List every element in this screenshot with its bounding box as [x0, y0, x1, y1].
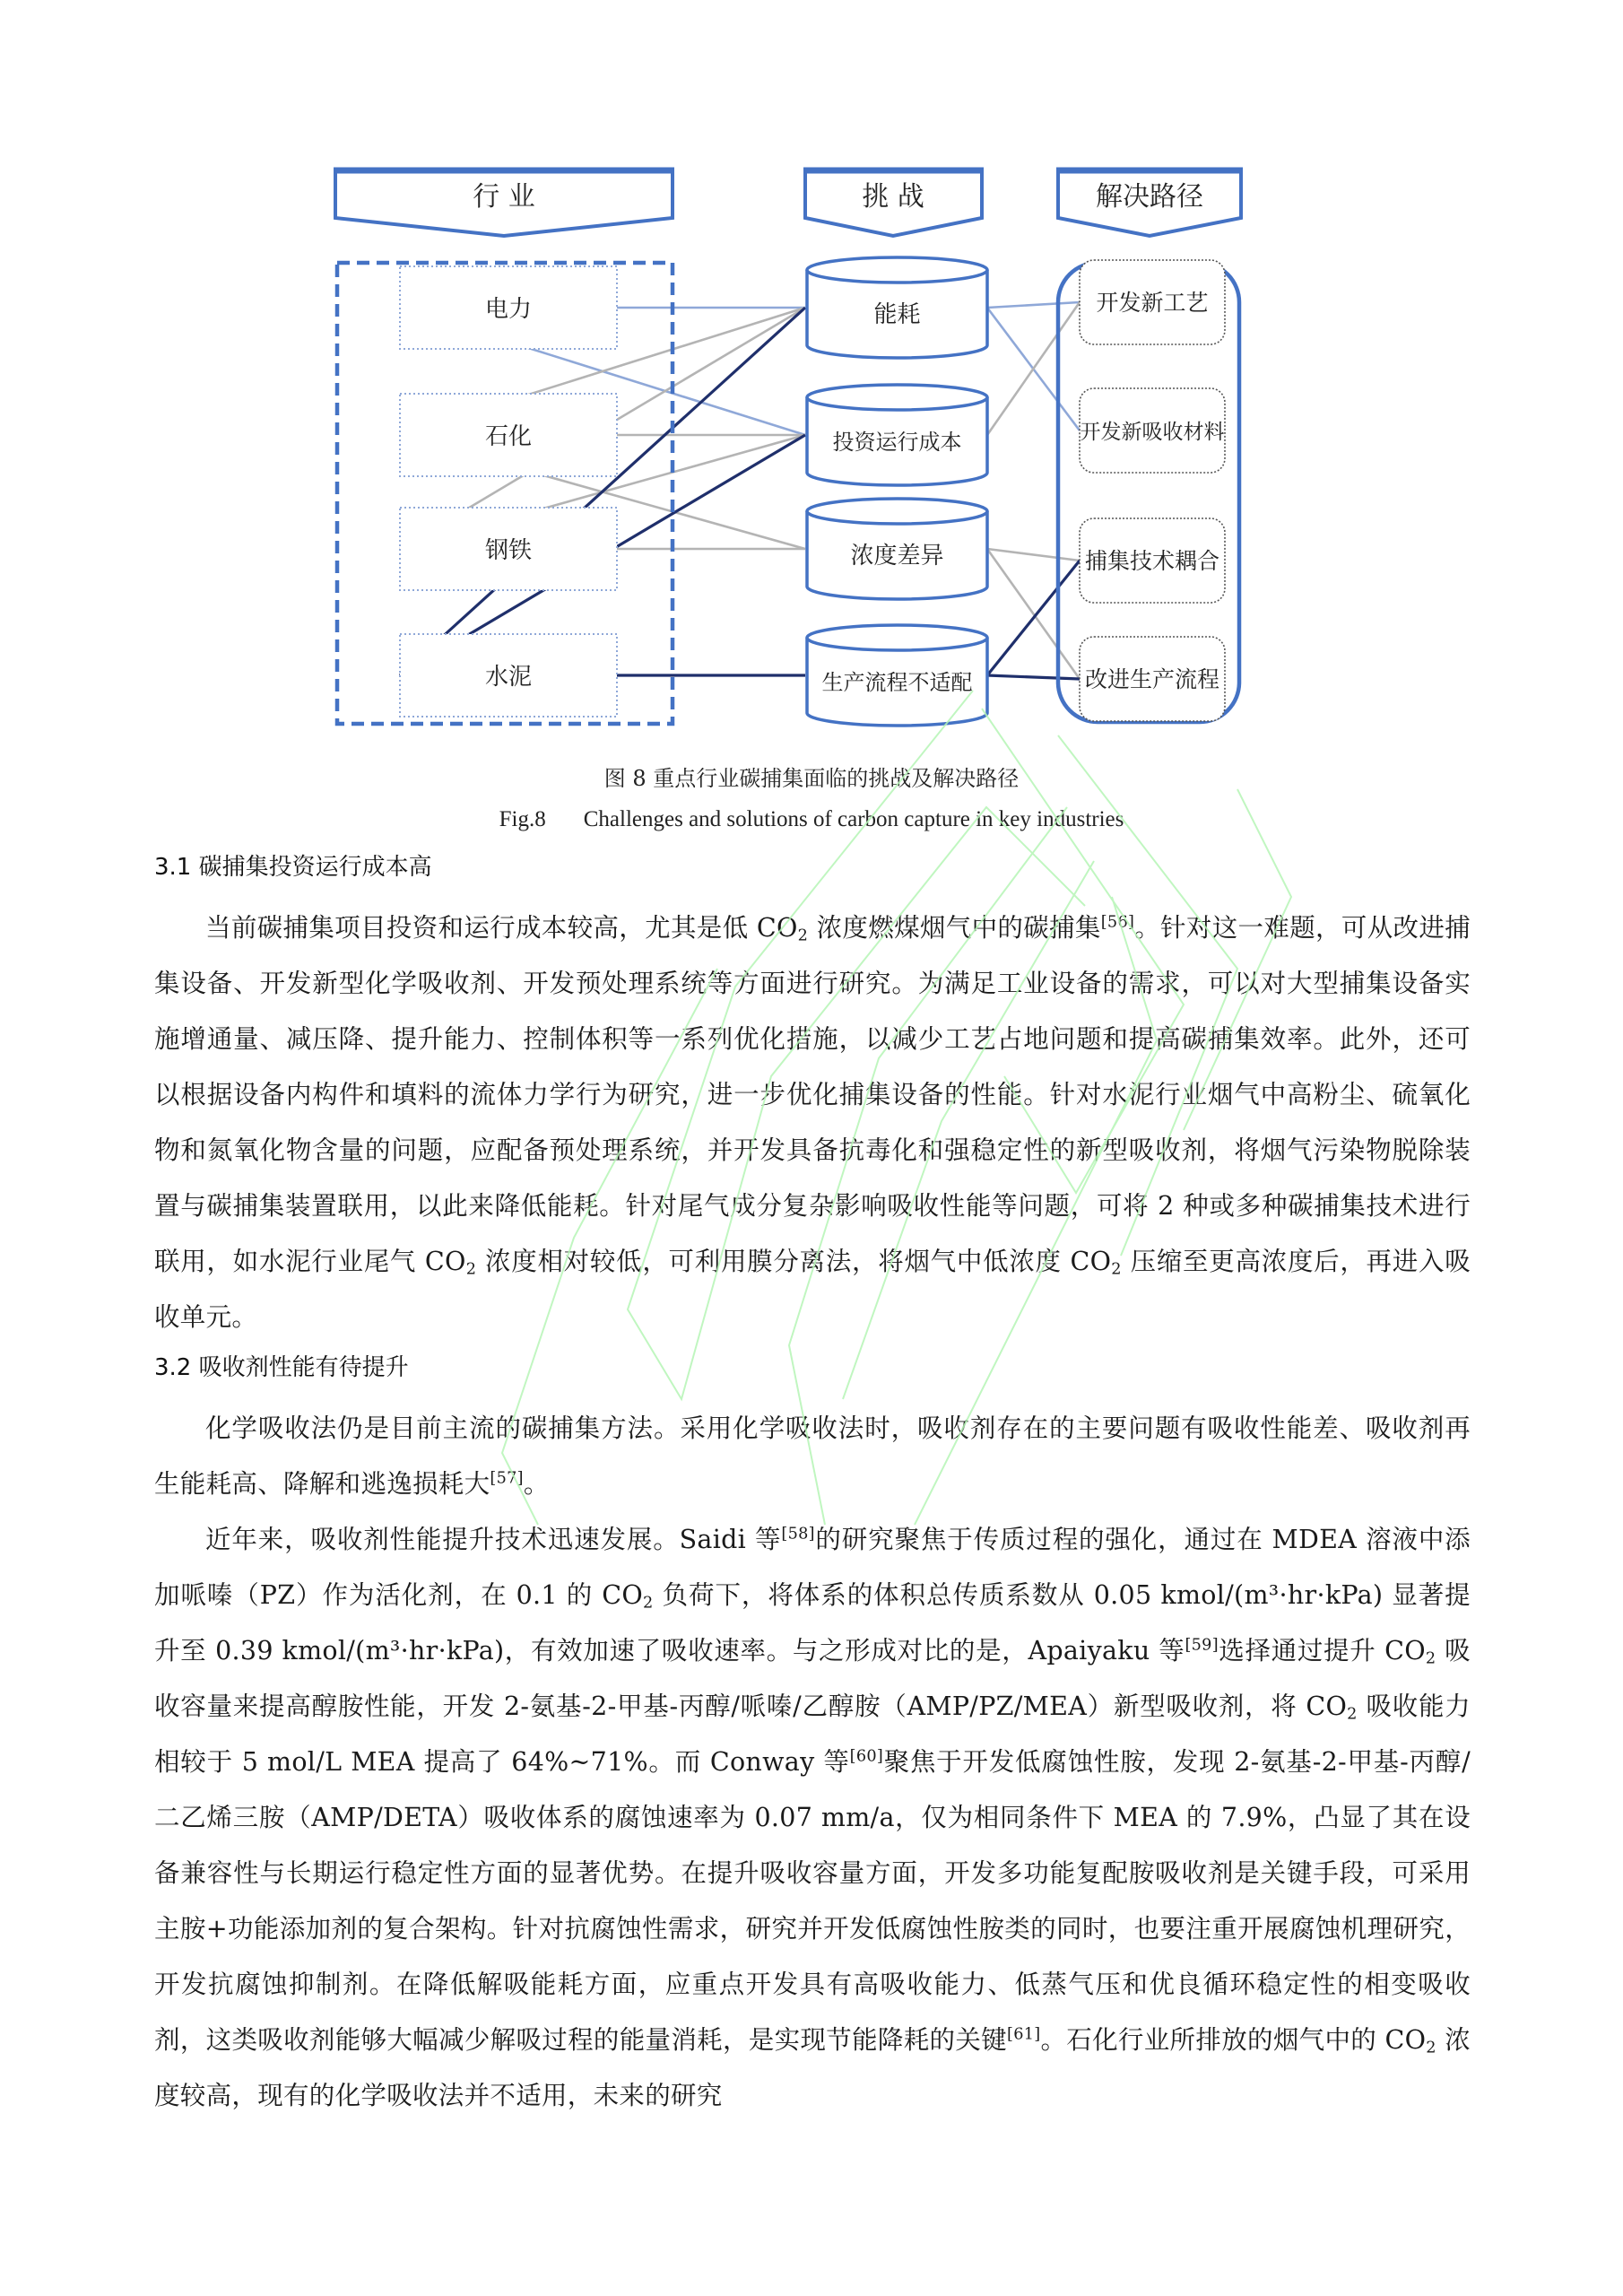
header-solution-label: 解决路径: [1096, 181, 1203, 213]
challenge-node: 生产流程不适配: [807, 625, 987, 726]
header-challenge-label: 挑 战: [862, 181, 924, 213]
solution-node: 开发新吸收材料: [1080, 388, 1225, 473]
solution-label: 改进生产流程: [1085, 666, 1219, 692]
body-content: 3.1 碳捕集投资运行成本高 当前碳捕集项目投资和运行成本较高，尤其是低 CO2…: [154, 845, 1471, 2124]
figure-label: Fig.8: [499, 807, 546, 831]
solution-label: 开发新工艺: [1096, 290, 1208, 316]
figure-caption-en: Fig.8Challenges and solutions of carbon …: [0, 807, 1623, 832]
industry-node: 钢铁: [400, 508, 617, 590]
industry-label: 电力: [485, 296, 532, 323]
section-3-1: 3.1 碳捕集投资运行成本高 当前碳捕集项目投资和运行成本较高，尤其是低 CO2…: [154, 845, 1471, 1345]
header-challenge: 挑 战: [803, 170, 984, 236]
challenge-node: 能耗: [807, 257, 987, 358]
header-solution: 解决路径: [1056, 170, 1243, 236]
diagram-canvas: 行 业 挑 战 解决路径 电力石化钢铁水泥能耗投资运行成本浓度差异生产流程不适配…: [332, 166, 1327, 740]
paragraph: 近年来，吸收剂性能提升技术迅速发展。Saidi 等[58]的研究聚焦于传质过程的…: [154, 1512, 1471, 2124]
link-line: [987, 675, 1080, 679]
challenge-node: 投资运行成本: [807, 385, 987, 485]
paragraph: 化学吸收法仍是目前主流的碳捕集方法。采用化学吸收法时，吸收剂存在的主要问题有吸收…: [154, 1401, 1471, 1512]
challenge-label: 投资运行成本: [833, 430, 962, 455]
industry-node: 石化: [400, 394, 617, 476]
industry-label: 钢铁: [485, 537, 532, 564]
solution-label: 捕集技术耦合: [1085, 548, 1219, 574]
header-industry-label: 行 业: [473, 181, 535, 213]
header-industry: 行 业: [334, 170, 674, 236]
link-line: [987, 302, 1080, 435]
section-title: 3.1 碳捕集投资运行成本高: [154, 845, 1471, 900]
challenge-node: 浓度差异: [807, 499, 987, 599]
figure-caption-cn: 图 8 重点行业碳捕集面临的挑战及解决路径: [0, 761, 1623, 792]
figure-caption-en-text: Challenges and solutions of carbon captu…: [584, 807, 1124, 831]
industry-node: 电力: [400, 266, 617, 349]
industry-label: 水泥: [485, 664, 532, 691]
solution-node: 改进生产流程: [1080, 637, 1225, 721]
challenge-label: 浓度差异: [850, 543, 943, 570]
section-3-2: 3.2 吸收剂性能有待提升 化学吸收法仍是目前主流的碳捕集方法。采用化学吸收法时…: [154, 1345, 1471, 2124]
challenge-label: 生产流程不适配: [822, 670, 973, 695]
link-line: [987, 302, 1080, 308]
solution-node: 捕集技术耦合: [1080, 518, 1225, 603]
section-title: 3.2 吸收剂性能有待提升: [154, 1345, 1471, 1401]
link-line: [400, 308, 805, 675]
link-line: [987, 549, 1080, 561]
figure-8-diagram: 行 业 挑 战 解决路径 电力石化钢铁水泥能耗投资运行成本浓度差异生产流程不适配…: [332, 166, 1327, 740]
industry-node: 水泥: [400, 634, 617, 717]
solution-label: 开发新吸收材料: [1081, 421, 1225, 444]
paragraph: 当前碳捕集项目投资和运行成本较高，尤其是低 CO2 浓度燃煤烟气中的碳捕集[56…: [154, 900, 1471, 1345]
challenge-label: 能耗: [873, 301, 920, 328]
industry-label: 石化: [485, 423, 532, 450]
solution-node: 开发新工艺: [1080, 260, 1225, 344]
